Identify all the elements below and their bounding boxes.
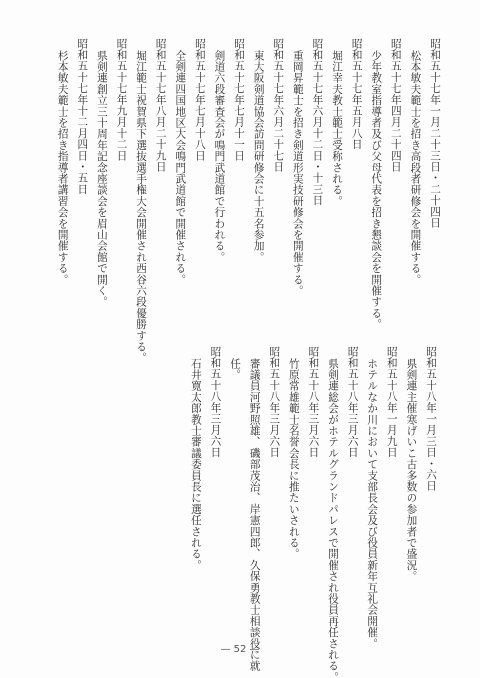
entry-date: 昭和五十七年七月十八日	[189, 38, 209, 338]
entry-text: 剣道六段審査会が鳴門武道館で行われる。	[209, 38, 229, 338]
entry-text: 少年教室指導者及び父母代表を招き懇談会を開催する。	[366, 38, 386, 338]
entry-text: 県剣連総会がホテルグランドパレスで開催され役員再任される。	[322, 346, 342, 608]
entry-date: 昭和五十七年六月二十七日	[268, 38, 288, 338]
document-page: 昭和五十七年一月二十三日・二十四日 松本敏夫範士を招き高段者研修会を開催する。 …	[0, 0, 480, 678]
entry-date: 昭和五十八年三月六日	[205, 346, 225, 608]
entry-text: 石井寛太郎教士審議委員長に選任される。	[185, 346, 205, 608]
entry-text: 竹原常雄範士名誉会長に推たいされる。	[283, 346, 303, 608]
entry-text: 県剣連創立三十周年記念座談会を眉山会館で開く。	[91, 38, 111, 338]
entry-date: 昭和五十八年一月九日	[381, 346, 401, 608]
entry-text: 審議員河野照雄、磯部茂治、岸憲四郎、久保勇教士相談役に就	[244, 346, 264, 608]
chronology-section-showa-58: 昭和五十八年一月三日・六日 県剣連主催寒げいこ古多数の参加者で盛況。 昭和五十八…	[185, 346, 440, 608]
entry-date: 昭和五十七年十二月四日・五日	[72, 38, 92, 338]
entry-date: 昭和五十七年五月八日	[346, 38, 366, 338]
entry-date: 昭和五十八年一月三日・六日	[420, 346, 440, 608]
entry-text-continued: 任。	[224, 346, 244, 608]
entry-text: 県剣連主催寒げいこ古多数の参加者で盛況。	[401, 346, 421, 608]
chronology-section-showa-57: 昭和五十七年一月二十三日・二十四日 松本敏夫範士を招き高段者研修会を開催する。 …	[52, 38, 444, 338]
entry-text: 松本敏夫範士を招き高段者研修会を開催する。	[405, 38, 425, 338]
entry-date: 昭和五十八年三月六日	[264, 346, 284, 608]
entry-text: 重岡昇範士を招き剣道形実技研修会を開催する。	[287, 38, 307, 338]
entry-date: 昭和五十七年四月二十四日	[385, 38, 405, 338]
entry-date: 昭和五十七年一月二十三日・二十四日	[424, 38, 444, 338]
entry-date: 昭和五十七年八月二十九日	[150, 38, 170, 338]
entry-date: 昭和五十七年六月十二日・十三日	[307, 38, 327, 338]
entry-text: 堀江幸夫教士範士受称される。	[326, 38, 346, 338]
entry-date: 昭和五十七年七月十一日	[228, 38, 248, 338]
entry-text: 全剣連四国地区大会鳴門武道館で開催される。	[170, 38, 190, 338]
entry-text: 堀江範士祝賀県下選抜選手権大会開催され西谷六段優勝する。	[131, 38, 151, 338]
entry-text: ホテルなか川において支部長会及び役員新年互礼会開催。	[362, 346, 382, 608]
page-number: — 52 —	[0, 644, 480, 655]
entry-date: 昭和五十七年九月十二日	[111, 38, 131, 338]
entry-date: 昭和五十八年三月六日	[342, 346, 362, 608]
entry-date: 昭和五十八年三月六日	[303, 346, 323, 608]
entry-text: 東大阪剣道協会訪問研修会に十五名参加。	[248, 38, 268, 338]
entry-text: 杉本敏夫範士を招き指導者講習会を開催する。	[52, 38, 72, 338]
